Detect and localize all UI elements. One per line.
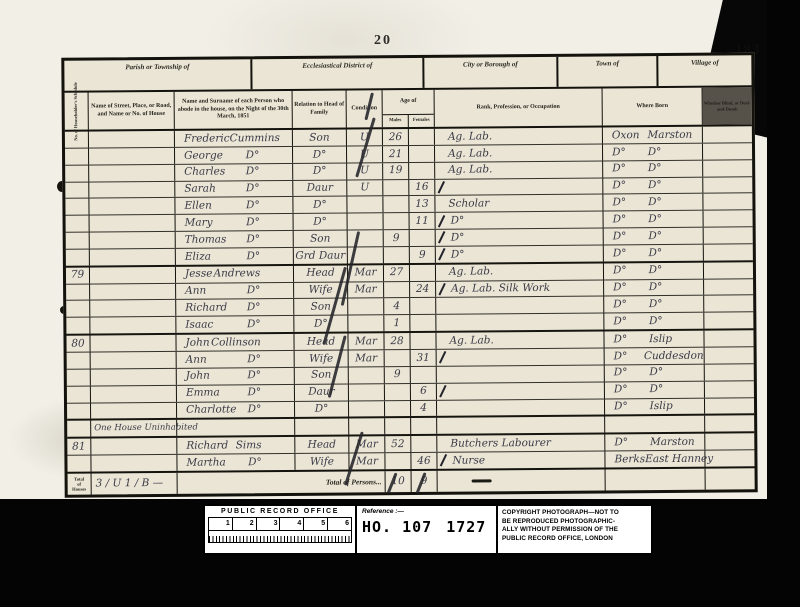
cell-age-male [384,247,410,263]
cell-street [90,267,176,284]
born-county: D° [612,147,648,158]
total-houses-label: TotalofHouses [68,474,92,495]
relation-value: D° [313,149,327,160]
cell-where-born [605,416,705,433]
person-surname: Andrews [214,269,261,280]
cell-blind [705,364,754,380]
cell-blind [705,433,754,449]
cell-relation [295,419,349,435]
relation-value: Wife [309,353,333,364]
cell-name: JohnCollinson [176,334,294,351]
born-county: Oxon [612,130,648,141]
born-place: East Hanney [645,453,713,464]
cell-relation: D° [293,197,347,213]
age-female-value: 11 [415,216,428,227]
age-female-value: 9 [419,249,426,260]
cell-occupation: Scholar [435,195,603,212]
cell-blind [703,126,752,142]
cell-where-born: D°Islip [605,398,705,415]
cell-occupation [437,348,605,365]
tally-mark [440,454,447,467]
cell-schedule: 79 [66,267,90,283]
pro-scale-box: PUBLIC RECORD OFFICE 123456 [205,506,357,553]
condition-value: U [360,183,369,194]
scanned-photo-area: 20 183 D 2 Parish or Township ofEcclesia… [0,0,767,499]
cell-where-born: D°D° [604,211,704,228]
record-rows: FredericCumminsSonU26Ag. Lab.OxonMarston… [65,126,755,471]
cell-condition [349,401,385,417]
tally-mark [438,231,445,244]
cell-condition [349,384,385,400]
cell-age-female: 24 [410,281,436,297]
cell-street [89,131,175,148]
person-first-name: Emma [186,388,220,399]
cell-age-male [385,418,411,434]
occupation-value: Ag. Lab. [449,335,493,346]
cell-street [90,300,176,317]
person-surname: D° [247,371,261,382]
cell-age-female: 11 [410,213,436,229]
col-header-schedule: No. of Householder's Schedule [65,93,89,130]
cell-age-female [409,146,435,162]
cell-age-male [385,350,411,366]
age-female-value: 46 [417,456,430,467]
cell-name: JesseAndrews [176,266,294,283]
person-first-name: George [184,150,223,161]
cell-where-born: D°D° [604,245,704,262]
person-first-name: Charles [184,167,225,178]
cell-occupation: Ag. Lab. [435,144,603,161]
cell-where-born: D°D° [604,296,704,313]
cell-blind [703,194,752,210]
person-first-name: Martha [186,457,225,468]
cell-occupation [436,297,604,314]
condition-value: Mar [355,353,377,364]
age-female-value: 24 [416,284,429,295]
form-field-parish-or-township-of: Parish or Township of [64,59,252,90]
cell-name: CharlesD° [175,164,293,181]
condition-value: U [360,166,369,177]
born-place: D° [649,282,663,293]
col-header-name: Name and Surname of each Person who abod… [175,91,293,129]
reference-code: HO. 1071727 [362,518,491,536]
age-male-value: 26 [389,132,402,143]
ruler-number: 6 [328,518,351,530]
cell-occupation [436,314,604,331]
born-county: D° [613,248,649,259]
cell-schedule [65,199,89,215]
cell-age-male: 1 [384,315,410,331]
person-first-name: Mary [185,217,213,228]
cell-street [91,385,177,402]
cell-street [91,352,177,369]
occupation-value: Ag. Lab. Silk Work [451,283,550,294]
tally-mark [439,351,446,364]
person-surname: D° [246,251,260,262]
cell-occupation [437,399,605,416]
cell-schedule [67,421,91,437]
cell-street [89,181,175,198]
cell-age-male: 4 [384,298,410,314]
born-county: D° [613,316,649,327]
cell-age-male: 19 [383,163,409,179]
cell-age-female: 6 [411,383,437,399]
occupation-value: Ag. Lab. [448,148,492,159]
person-first-name: Richard [185,303,227,314]
born-place: Marston [650,437,695,448]
age-male-value: 1 [393,318,400,329]
cell-schedule [67,369,91,385]
cell-name: EllenD° [175,197,293,214]
cell-occupation [437,365,605,382]
cell-age-male [385,384,411,400]
age-male-value: 4 [393,301,400,312]
person-first-name: Jesse [185,269,213,280]
cell-age-male [383,196,409,212]
cell-where-born: D°D° [604,262,704,279]
cell-street [89,165,175,182]
age-male-value: 21 [389,149,402,160]
occupation-value: Scholar [448,198,489,209]
occupation-value: Ag. Lab. [449,267,493,278]
ruler-number: 5 [304,518,328,530]
person-surname: Sims [236,440,262,451]
public-record-office-stamp: PUBLIC RECORD OFFICE 123456 Reference :—… [203,504,653,555]
age-female-value: 4 [420,403,427,414]
cell-schedule: 81 [67,439,91,455]
cell-blind [705,450,754,466]
cell-street [91,455,177,472]
cell-schedule [67,403,91,419]
cell-where-born: D°D° [605,364,705,381]
cell-age-female [411,418,437,434]
relation-value: Head [308,439,336,450]
age-female-value: 6 [420,386,427,397]
cell-condition: U [347,180,383,196]
born-place: D° [649,367,663,378]
born-place: D° [648,197,662,208]
cell-occupation: Ag. Lab. [435,161,603,178]
person-first-name: Richard [186,440,228,451]
cell-schedule [65,132,89,148]
cell-where-born: D°D° [604,279,704,296]
form-field-city-or-borough-of: City or Borough of [424,57,558,88]
cell-condition: Mar [348,282,384,298]
born-place: Cuddesdon [644,350,704,361]
person-first-name: Isaac [185,319,213,330]
cell-age-female: 4 [411,400,437,416]
cell-age-male [385,453,411,469]
cell-schedule: 80 [66,336,90,352]
cell-street [89,148,175,165]
relation-value: D° [314,319,328,330]
cell-where-born: D°D° [604,228,704,245]
born-place: D° [648,214,662,225]
cell-age-female: 9 [410,247,436,263]
cell-name: RichardD° [176,299,294,316]
tally-mark [438,248,445,261]
cell-occupation: Ag. Lab. [435,127,603,144]
cell-condition [348,213,384,229]
person-surname: D° [246,150,260,161]
cell-blind [705,416,754,432]
cell-relation: Son [293,129,347,145]
born-county: D° [614,368,650,379]
ruler-number: 3 [257,518,281,530]
cell-condition: U [347,163,383,179]
born-place: D° [648,180,662,191]
occupation-value: Butchers Labourer [450,438,551,449]
cell-age-female [411,367,437,383]
col-header-street: Name of Street, Place, or Road, and Name… [89,92,175,130]
page-number: 20 [374,33,392,49]
person-first-name: Ann [186,354,207,365]
person-surname: D° [247,354,261,365]
cell-age-male: 27 [384,265,410,281]
cell-street [89,198,175,215]
pen-dash [472,479,492,483]
age-female-value: 31 [416,352,429,363]
cell-age-male: 28 [384,333,410,349]
person-surname: Collinson [211,337,261,348]
cell-schedule [66,301,90,317]
schedule-number: 79 [71,270,84,281]
cell-blind [705,381,754,397]
cell-relation: D° [293,163,347,179]
cell-condition: Mar [348,333,384,349]
relation-value: Wife [310,456,334,467]
person-surname: D° [247,285,261,296]
age-male-value: 27 [390,267,403,278]
relation-value: Son [311,302,331,313]
cell-where-born: D°D° [603,177,703,194]
born-place: D° [649,265,663,276]
cell-age-female [411,436,437,452]
cell-condition [349,367,385,383]
cell-age-female: 13 [409,196,435,212]
cell-occupation: Butchers Labourer [437,435,605,452]
condition-value: Mar [355,336,377,347]
age-male-value: 9 [394,370,401,381]
cell-schedule [65,148,89,164]
col-header-males: Males [383,115,409,127]
cell-street [90,317,176,334]
cell-schedule [66,284,90,300]
person-first-name: Frederic [184,133,230,144]
col-header-condition: Condition [347,90,383,127]
cell-occupation [435,178,603,195]
cell-blind [705,398,754,414]
occupation-value: Ag. Lab. [448,131,492,142]
cell-name: ThomasD° [176,231,294,248]
cell-relation: D° [295,401,349,417]
cell-blind [704,227,753,243]
relation-value: D° [313,166,327,177]
person-surname: D° [247,319,261,330]
born-county: D° [613,334,649,345]
cell-relation: D° [294,214,348,230]
cell-blind [704,262,753,278]
column-headers: No. of Householder's Schedule Name of St… [65,87,752,131]
born-place: D° [648,147,662,158]
schedule-number: 81 [72,441,85,452]
reference-label: Reference :— [362,508,491,515]
cell-name: ElizaD° [176,248,294,265]
person-first-name: Thomas [185,234,227,245]
cell-name: MarthaD° [177,454,295,471]
person-surname: D° [248,404,262,415]
col-header-born: Where Born [603,88,703,126]
born-county: D° [613,214,649,225]
cell-where-born: D°D° [603,194,703,211]
tally-mark [438,215,445,228]
cell-where-born: D°Islip [604,331,704,348]
cell-age-male: 26 [383,129,409,145]
age-male-value: 9 [393,233,400,244]
cell-condition: Mar [349,350,385,366]
cell-occupation: Ag. Lab. [436,263,604,280]
cell-relation: Wife [295,454,349,470]
cell-age-male: 9 [384,230,410,246]
cell-where-born: D°D° [603,144,703,161]
cell-age-female [410,298,436,314]
cell-name: RichardSims [177,437,295,454]
copyright-line: COPYRIGHT PHOTOGRAPH—NOT TO [502,509,647,518]
occupation-value: D° [451,215,465,226]
ruler-ticks [208,530,352,543]
occupation-value: Nurse [452,455,485,466]
born-county: D° [612,197,648,208]
cell-name: CharlotteD° [177,401,295,418]
cell-schedule [66,249,90,265]
age-male-value: 19 [389,165,402,176]
col-header-age: Age of Males Females [383,90,435,127]
born-place: D° [648,231,662,242]
cell-occupation: Nurse [437,451,605,468]
cell-name: MaryD° [176,214,294,231]
cell-name: GeorgeD° [175,147,293,164]
cell-age-male [383,180,409,196]
cell-schedule [65,165,89,181]
reference-box: Reference :— HO. 1071727 [357,506,498,553]
cell-age-female [410,315,436,331]
relation-value: D° [315,404,329,415]
col-header-relation: Relation to Head of Family [293,90,347,127]
total-occupation-mark [438,469,606,491]
cell-age-male: 52 [385,436,411,452]
census-form: Parish or Township ofEcclesiastical Dist… [61,52,757,497]
tally-mark [439,385,446,398]
schedule-number: 80 [71,338,84,349]
cell-age-male: 9 [385,367,411,383]
cell-name: AnnD° [177,351,295,368]
born-county: Berks [614,454,645,465]
cell-street [90,249,176,266]
cell-occupation: D° [436,229,604,246]
cell-age-female: 31 [411,350,437,366]
cell-where-born: D°D° [605,381,705,398]
cell-blind [703,177,752,193]
cell-street [90,335,176,352]
cell-relation: D° [293,146,347,162]
cell-blind [705,347,754,363]
person-surname: D° [246,167,260,178]
cell-age-female [409,162,435,178]
person-first-name: John [186,371,210,382]
born-county: D° [613,266,649,277]
born-county: D° [613,231,649,242]
cell-schedule [67,456,91,472]
cell-schedule [66,233,90,249]
person-first-name: Ellen [184,201,211,212]
cell-blind [704,313,753,329]
cell-where-born: D°Cuddesdon [605,348,705,365]
age-female-value: 16 [415,182,428,193]
col-header-rank: Rank, Profession, or Occupation [435,88,603,126]
person-first-name: Charlotte [186,405,237,416]
cell-blind [704,279,753,295]
person-surname: Cummins [230,133,280,144]
born-county: D° [614,351,644,362]
cell-condition [348,315,384,331]
copyright-notice: COPYRIGHT PHOTOGRAPH—NOT TOBE REPRODUCED… [498,506,651,553]
copyright-line: ALLY WITHOUT PERMISSION OF THE [502,526,647,535]
col-header-females: Females [409,115,434,127]
cell-relation: Daur [293,180,347,196]
born-place: D° [648,248,662,259]
tally-mark [438,181,445,194]
occupation-value: D° [451,249,465,260]
cell-where-born: D°Marston [605,434,705,451]
cell-name: FredericCummins [175,130,293,147]
born-county: D° [612,163,648,174]
cell-relation: Son [294,299,348,315]
born-place: D° [649,316,663,327]
cell-age-male: 21 [383,146,409,162]
total-blind-empty [706,468,755,489]
relation-value: Son [309,132,329,143]
cell-schedule [67,352,91,368]
person-first-name: Sarah [184,184,216,195]
cell-schedule [66,318,90,334]
cell-age-female [410,333,436,349]
cell-relation: Head [295,437,349,453]
cell-age-female: 16 [409,179,435,195]
cell-name: EmmaD° [177,385,295,402]
cell-street [91,402,177,419]
relation-value: Head [307,336,335,347]
born-county: D° [613,282,649,293]
cell-age-female [410,265,436,281]
condition-value: Mar [355,285,377,296]
cell-occupation [437,382,605,399]
cell-condition [349,419,385,435]
cell-street [90,283,176,300]
tally-mark [438,283,445,296]
cell-occupation [437,417,605,434]
cell-occupation: Ag. Lab. Silk Work [436,280,604,297]
age-male-value: 52 [391,439,404,450]
person-surname: D° [247,302,261,313]
born-county: D° [614,401,650,412]
total-born-empty [606,469,706,491]
person-surname: D° [247,387,261,398]
person-first-name: Eliza [185,251,211,262]
cell-age-female [409,129,435,145]
born-place: D° [648,163,662,174]
cell-blind [704,330,753,346]
born-county: D° [612,180,648,191]
